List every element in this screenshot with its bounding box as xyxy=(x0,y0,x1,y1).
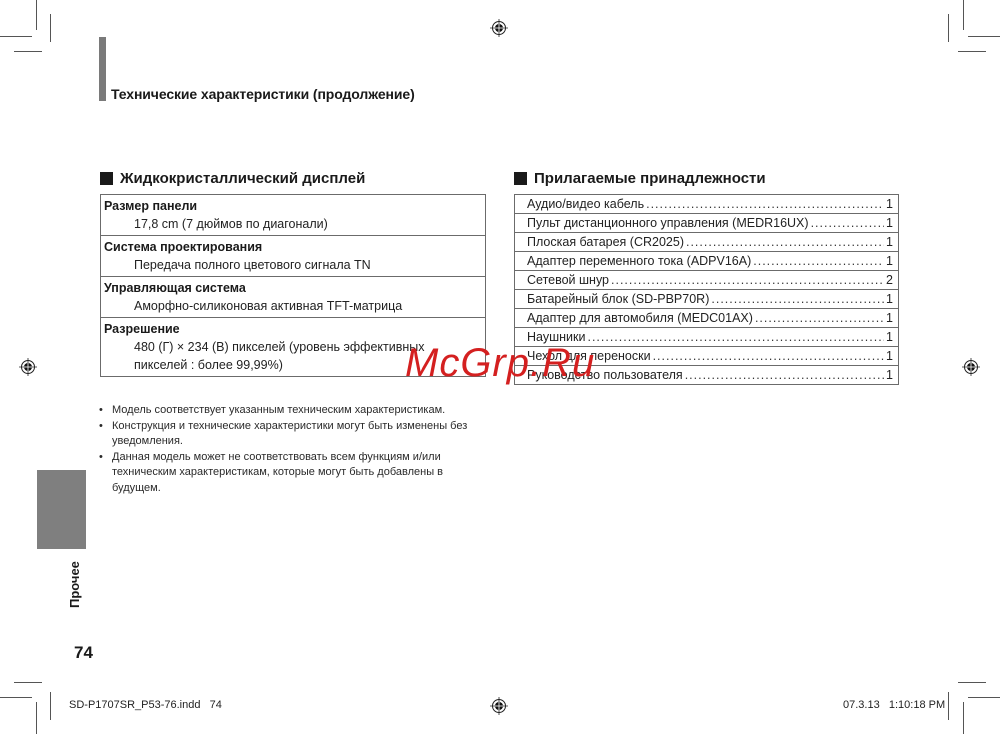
spec-row: Размер панели 17,8 cm (7 дюймов по диаго… xyxy=(101,195,485,235)
section-tab-label: Прочее xyxy=(40,560,90,610)
accessory-row: Плоская батарея (CR2025)1 xyxy=(515,232,898,251)
spec-label: Система проектирования xyxy=(104,238,482,256)
accessory-name: Адаптер для автомобиля (MEDC01AX) xyxy=(527,311,753,325)
crop-mark xyxy=(50,692,51,720)
registration-mark-icon xyxy=(490,697,508,715)
note-item: Данная модель может не соответствовать в… xyxy=(112,450,492,497)
crop-mark xyxy=(963,702,964,734)
leader-dots xyxy=(811,216,884,230)
leader-dots xyxy=(646,197,884,211)
lcd-section-heading: Жидкокристаллический дисплей xyxy=(100,170,365,187)
leader-dots xyxy=(587,330,884,344)
crop-mark xyxy=(0,697,32,698)
leader-dots xyxy=(753,254,884,268)
crop-mark xyxy=(948,692,949,720)
note-item: Модель соответствует указанным техническ… xyxy=(112,403,492,419)
crop-mark xyxy=(36,0,37,30)
leader-dots xyxy=(611,273,884,287)
lcd-section-title: Жидкокристаллический дисплей xyxy=(120,170,365,187)
accessory-row: Пульт дистанционного управления (MEDR16U… xyxy=(515,213,898,232)
print-timestamp: 07.3.13 1:10:18 PM xyxy=(843,699,945,711)
accessory-row: Батарейный блок (SD-PBP70R)1 xyxy=(515,289,898,308)
accessory-row: Адаптер переменного тока (ADPV16A)1 xyxy=(515,251,898,270)
section-tab xyxy=(37,470,86,549)
crop-mark xyxy=(948,14,949,42)
crop-mark xyxy=(968,697,1000,698)
spec-label: Размер панели xyxy=(104,197,482,215)
crop-mark xyxy=(36,702,37,734)
crop-mark xyxy=(14,51,42,52)
accessory-qty: 1 xyxy=(886,197,893,211)
watermark: McGrp.Ru xyxy=(405,343,595,383)
spec-value: Передача полного цветового сигнала TN xyxy=(104,256,482,274)
accessory-row: Адаптер для автомобиля (MEDC01AX)1 xyxy=(515,308,898,327)
accessory-qty: 1 xyxy=(886,330,893,344)
crop-mark xyxy=(14,682,42,683)
file-slug: SD-P1707SR_P53-76.indd 74 xyxy=(69,699,222,711)
accessories-section-heading: Прилагаемые принадлежности xyxy=(514,170,766,187)
section-tab-text: Прочее xyxy=(67,561,82,608)
registration-mark-icon xyxy=(19,358,37,376)
registration-mark-icon xyxy=(490,19,508,37)
leader-dots xyxy=(653,349,884,363)
header-bar xyxy=(99,37,106,101)
accessory-qty: 1 xyxy=(886,216,893,230)
leader-dots xyxy=(685,368,884,382)
page-title: Технические характеристики (продолжение) xyxy=(111,86,415,102)
crop-mark xyxy=(968,36,1000,37)
spec-value: Аморфно-силиконовая активная TFT-матрица xyxy=(104,297,482,315)
spec-row: Система проектирования Передача полного … xyxy=(101,235,485,276)
leader-dots xyxy=(686,235,884,249)
accessories-section-title: Прилагаемые принадлежности xyxy=(534,170,766,187)
crop-mark xyxy=(0,36,32,37)
spec-value: 17,8 cm (7 дюймов по диагонали) xyxy=(104,215,482,233)
accessory-row: Сетевой шнур2 xyxy=(515,270,898,289)
spec-label: Разрешение xyxy=(104,320,482,338)
note-item: Конструкция и технические характеристики… xyxy=(112,419,492,450)
crop-mark xyxy=(963,0,964,30)
accessory-qty: 1 xyxy=(886,254,893,268)
crop-mark xyxy=(958,51,986,52)
page-number: 74 xyxy=(74,643,93,663)
spec-row: Управляющая система Аморфно-силиконовая … xyxy=(101,276,485,317)
accessory-qty: 1 xyxy=(886,292,893,306)
crop-mark xyxy=(50,14,51,42)
leader-dots xyxy=(711,292,884,306)
accessory-name: Батарейный блок (SD-PBP70R) xyxy=(527,292,709,306)
accessory-name: Адаптер переменного тока (ADPV16A) xyxy=(527,254,751,268)
registration-mark-icon xyxy=(962,358,980,376)
crop-mark xyxy=(958,682,986,683)
leader-dots xyxy=(755,311,884,325)
accessory-qty: 1 xyxy=(886,349,893,363)
accessory-qty: 2 xyxy=(886,273,893,287)
spec-label: Управляющая система xyxy=(104,279,482,297)
square-bullet-icon xyxy=(514,172,527,185)
square-bullet-icon xyxy=(100,172,113,185)
accessory-qty: 1 xyxy=(886,368,893,382)
accessory-name: Плоская батарея (CR2025) xyxy=(527,235,684,249)
notes-list: Модель соответствует указанным техническ… xyxy=(112,403,492,496)
accessory-name: Аудио/видео кабель xyxy=(527,197,644,211)
accessory-name: Пульт дистанционного управления (MEDR16U… xyxy=(527,216,809,230)
accessory-name: Сетевой шнур xyxy=(527,273,609,287)
accessory-row: Аудио/видео кабель1 xyxy=(515,195,898,213)
accessory-qty: 1 xyxy=(886,235,893,249)
accessory-qty: 1 xyxy=(886,311,893,325)
